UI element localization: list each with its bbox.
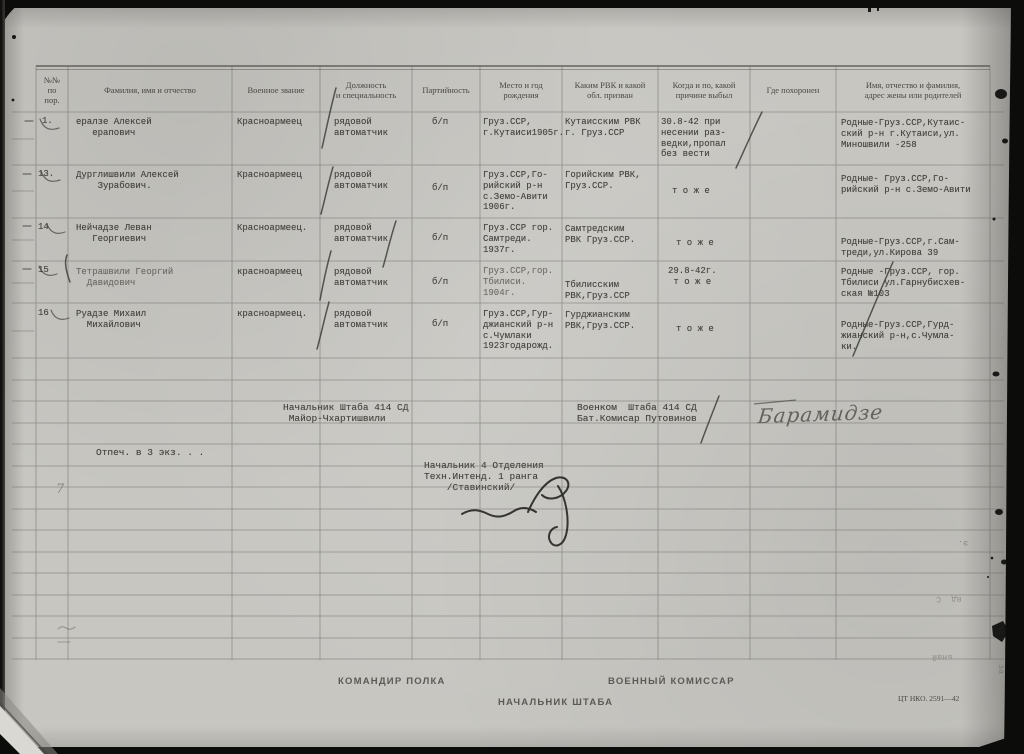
row-14-rank: Красноармеец. [237, 223, 307, 234]
row-1-party: б/п [432, 117, 448, 128]
bleed-fragment-3: ьнай [932, 652, 952, 662]
header-cell-fate: Когда и по, какой причине выбыл [658, 80, 750, 100]
row-13-rank: Красноармеец [237, 170, 302, 181]
footer-chief-of-staff-label: НАЧАЛЬНИК ШТАБА [498, 697, 613, 708]
row-16-party: б/п [432, 319, 448, 330]
row-14-family: Родные-Груз.ССР,г.Сам- треди,ул.Кирова 3… [841, 237, 960, 259]
row-14-birth: Груз.ССР гор. Самтреди. 1937г. [483, 223, 553, 255]
header-cell-number: №№ по пор. [36, 75, 68, 105]
header-cell-name: Фамилия, имя и отчество [68, 85, 232, 95]
copies-note: Отпеч. в 3 экз. . . [96, 448, 204, 459]
row-1-duty: рядовой автоматчик [334, 117, 388, 139]
header-cell-duty: Должность и специальность [320, 80, 412, 100]
row-15-party: б/п [432, 277, 448, 288]
row-1-num: 1. [42, 116, 53, 127]
row-1-rank: Красноармеец [237, 117, 302, 128]
row-14-num: 14 [38, 222, 49, 233]
footer-commander-label: КОМАНДИР ПОЛКА [338, 676, 446, 687]
row-14-name: Нейчадзе Леван Георгиевич [76, 223, 152, 245]
header-cell-party: Партийность [412, 85, 480, 95]
row-16-fate: т о ж е [676, 324, 714, 335]
row-13-duty: рядовой автоматчик [334, 170, 388, 192]
row-15-family: Родные -Груз.ССР, гор. Тбилиси ул.Гарнуб… [841, 267, 965, 299]
form-print-code: ЦТ НКО. 2591—42 [898, 694, 959, 704]
header-cell-birth: Место и год рождения [480, 80, 562, 100]
row-1-birth: Груз.ССР, г.Кутаиси1905г. [483, 117, 564, 139]
header-cell-family: Имя, отчество и фамилия, адрес жены или … [836, 80, 990, 100]
row-16-rvk: Гурджианским РВК,Груз.ССР. [565, 310, 635, 332]
row-16-num: 16 [38, 308, 49, 319]
row-14-party: б/п [432, 233, 448, 244]
row-15-fate: 29.8-42г. т о ж е [668, 266, 717, 288]
dept-4-signature-block: Начальник 4 Отделения Техн.Интенд. 1 ран… [424, 461, 544, 493]
row-13-family: Родные- Груз.ССР,Го- рийский р-н с.Земо-… [841, 174, 971, 196]
header-cell-rank: Военное звание [232, 85, 320, 95]
row-14-rvk: Самтредским РВК Груз.ССР. [565, 224, 635, 246]
handwritten-surname: Барамидзе [757, 400, 885, 428]
row-1-family: Родные-Груз.ССР,Кутаис- ский р-н г.Кутаи… [841, 118, 965, 150]
row-15-rvk: Тбилисским РВК,Груз.ССР [565, 280, 630, 302]
row-15-birth: Груз.ССР,гор. Тбилиси. 1904г. [483, 266, 553, 298]
row-15-duty: рядовой автоматчик [334, 267, 388, 289]
bleed-fragment-4: за [996, 664, 1006, 674]
row-13-rvk: Горийским РВК, Груз.ССР. [565, 170, 641, 192]
row-16-rank: красноармеец. [237, 309, 307, 320]
scanned-document-page: №№ по пор. Фамилия, имя и отчество Военн… [0, 0, 1024, 754]
row-1-name: ералзе Алексей ерапович [76, 117, 152, 139]
bleed-fragment-2: вд С [936, 594, 962, 604]
row-13-name: Дурглишвили Алексей Зурабович. [76, 170, 179, 192]
row-15-name: Тетрашвили Георгий Давидович [76, 267, 173, 289]
row-13-fate: т о ж е [672, 186, 710, 197]
row-13-num: 13. [38, 169, 54, 180]
row-13-birth: Груз.ССР,Го- рийский р-н с.Земо-Авити 19… [483, 170, 548, 213]
row-14-fate: т о ж е [676, 238, 714, 249]
row-16-duty: рядовой автоматчик [334, 309, 388, 331]
row-1-fate: 30.8-42 при несении раз- ведки,пропал бе… [661, 117, 726, 160]
row-16-family: Родные-Груз.ССР,Гурд- жианский р-н,с.Чум… [841, 320, 954, 352]
row-16-name: Руадзе Михаил Михайлович [76, 309, 146, 331]
header-cell-buried: Где похоронен [750, 85, 836, 95]
chief-of-staff-414-signature: Начальник Штаба 414 СД Майор-Чхартишвили [283, 403, 408, 425]
commissar-414-signature: Военком Штаба 414 СД Бат.Комисар Путовин… [577, 403, 697, 425]
header-cell-rvk: Каким РВК и какой обл. призван [562, 80, 658, 100]
row-16-birth: Груз.ССР,Гур- джианский р-н с.Чумлаки 19… [483, 309, 553, 352]
row-15-rank: красноармеец [237, 267, 302, 278]
bleed-fragment-1: э. [958, 538, 968, 548]
row-1-rvk: Кутаисским РВК г. Груз.ССР [565, 117, 641, 139]
row-14-duty: рядовой автоматчик [334, 223, 388, 245]
footer-commissar-label: ВОЕННЫЙ КОМИССАР [608, 676, 735, 687]
row-15-num: 15 [38, 265, 49, 276]
row-13-party: б/п [432, 183, 448, 194]
pencil-mark-7: 7 [56, 482, 64, 497]
